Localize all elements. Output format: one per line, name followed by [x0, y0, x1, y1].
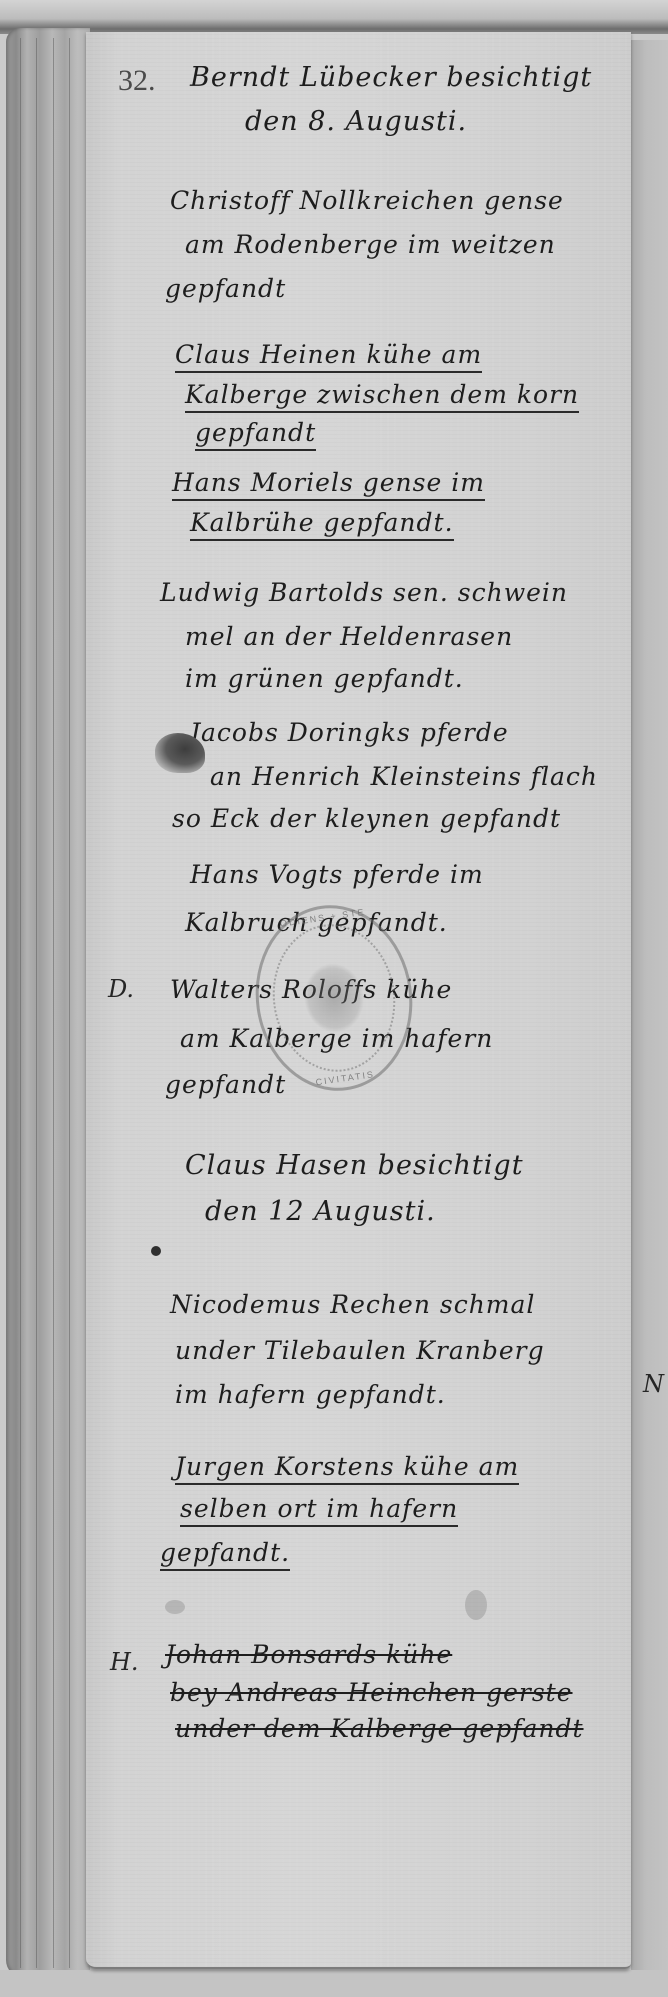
- entry-5-line-2: an Henrich Kleinsteins flach: [210, 762, 598, 791]
- entry-4-line-1: Ludwig Bartolds sen. schwein: [160, 578, 568, 607]
- entry-8-line-2: under Tilebaulen Kranberg: [175, 1336, 545, 1365]
- entry-3-line-2: Kalbrühe gepfandt.: [190, 508, 454, 541]
- right-margin-mark: N: [643, 1370, 664, 1398]
- paper-stain: [465, 1590, 487, 1620]
- ink-blot: [155, 733, 205, 773]
- entry-2-line-1: Claus Heinen kühe am: [175, 340, 482, 373]
- entry-7-line-3: gepfandt: [165, 1070, 286, 1099]
- entry-6-line-1: Hans Vogts pferde im: [190, 860, 484, 889]
- heading-line-1: Berndt Lübecker besichtigt: [190, 62, 592, 93]
- entry-10-line-1: Johan Bonsards kühe: [165, 1640, 452, 1669]
- entry-2-line-2: Kalberge zwischen dem korn: [185, 380, 579, 413]
- right-page-gutter: [631, 40, 668, 1980]
- entry-4-line-3: im grünen gepfandt.: [185, 664, 464, 693]
- book-top-edge: [0, 0, 668, 34]
- entry-1-line-3: gepfandt: [165, 274, 286, 303]
- margin-note-d: D.: [108, 975, 134, 1003]
- entry-1-line-2: am Rodenberge im weitzen: [185, 230, 556, 259]
- paper-stain: [165, 1600, 185, 1614]
- entry-8-line-1: Nicodemus Rechen schmal: [170, 1290, 535, 1319]
- entry-5-line-1: Jacobs Doringks pferde: [190, 718, 509, 747]
- section-heading-line-1: Claus Hasen besichtigt: [185, 1150, 524, 1181]
- page-stack-edge: [6, 28, 90, 1978]
- entry-9-line-1: Jurgen Korstens kühe am: [175, 1452, 519, 1485]
- entry-4-line-2: mel an der Heldenrasen: [185, 622, 513, 651]
- section-heading-line-2: den 12 Augusti.: [205, 1196, 436, 1227]
- scan-background-bottom: [0, 1970, 668, 1997]
- entry-9-line-2: selben ort im hafern: [180, 1494, 458, 1527]
- margin-note-h: H.: [110, 1648, 139, 1676]
- entry-1-line-1: Christoff Nollkreichen gense: [170, 186, 564, 215]
- entry-5-line-3: so Eck der kleynen gepfandt: [172, 804, 561, 833]
- entry-9-line-3: gepfandt.: [160, 1538, 290, 1571]
- seal-heraldic-emblem-icon: [299, 959, 368, 1037]
- entry-2-line-3: gepfandt: [195, 418, 316, 451]
- manuscript-scan: 32. Berndt Lübecker besichtigt den 8. Au…: [0, 0, 668, 1997]
- entry-8-line-3: im hafern gepfandt.: [175, 1380, 446, 1409]
- ink-dot: [151, 1246, 161, 1256]
- entry-3-line-1: Hans Moriels gense im: [172, 468, 485, 501]
- folio-number: 32.: [118, 64, 156, 98]
- entry-10-line-3: under dem Kalberge gepfandt: [175, 1714, 584, 1743]
- heading-line-2: den 8. Augusti.: [245, 106, 467, 137]
- entry-10-line-2: bey Andreas Heinchen gerste: [170, 1678, 573, 1707]
